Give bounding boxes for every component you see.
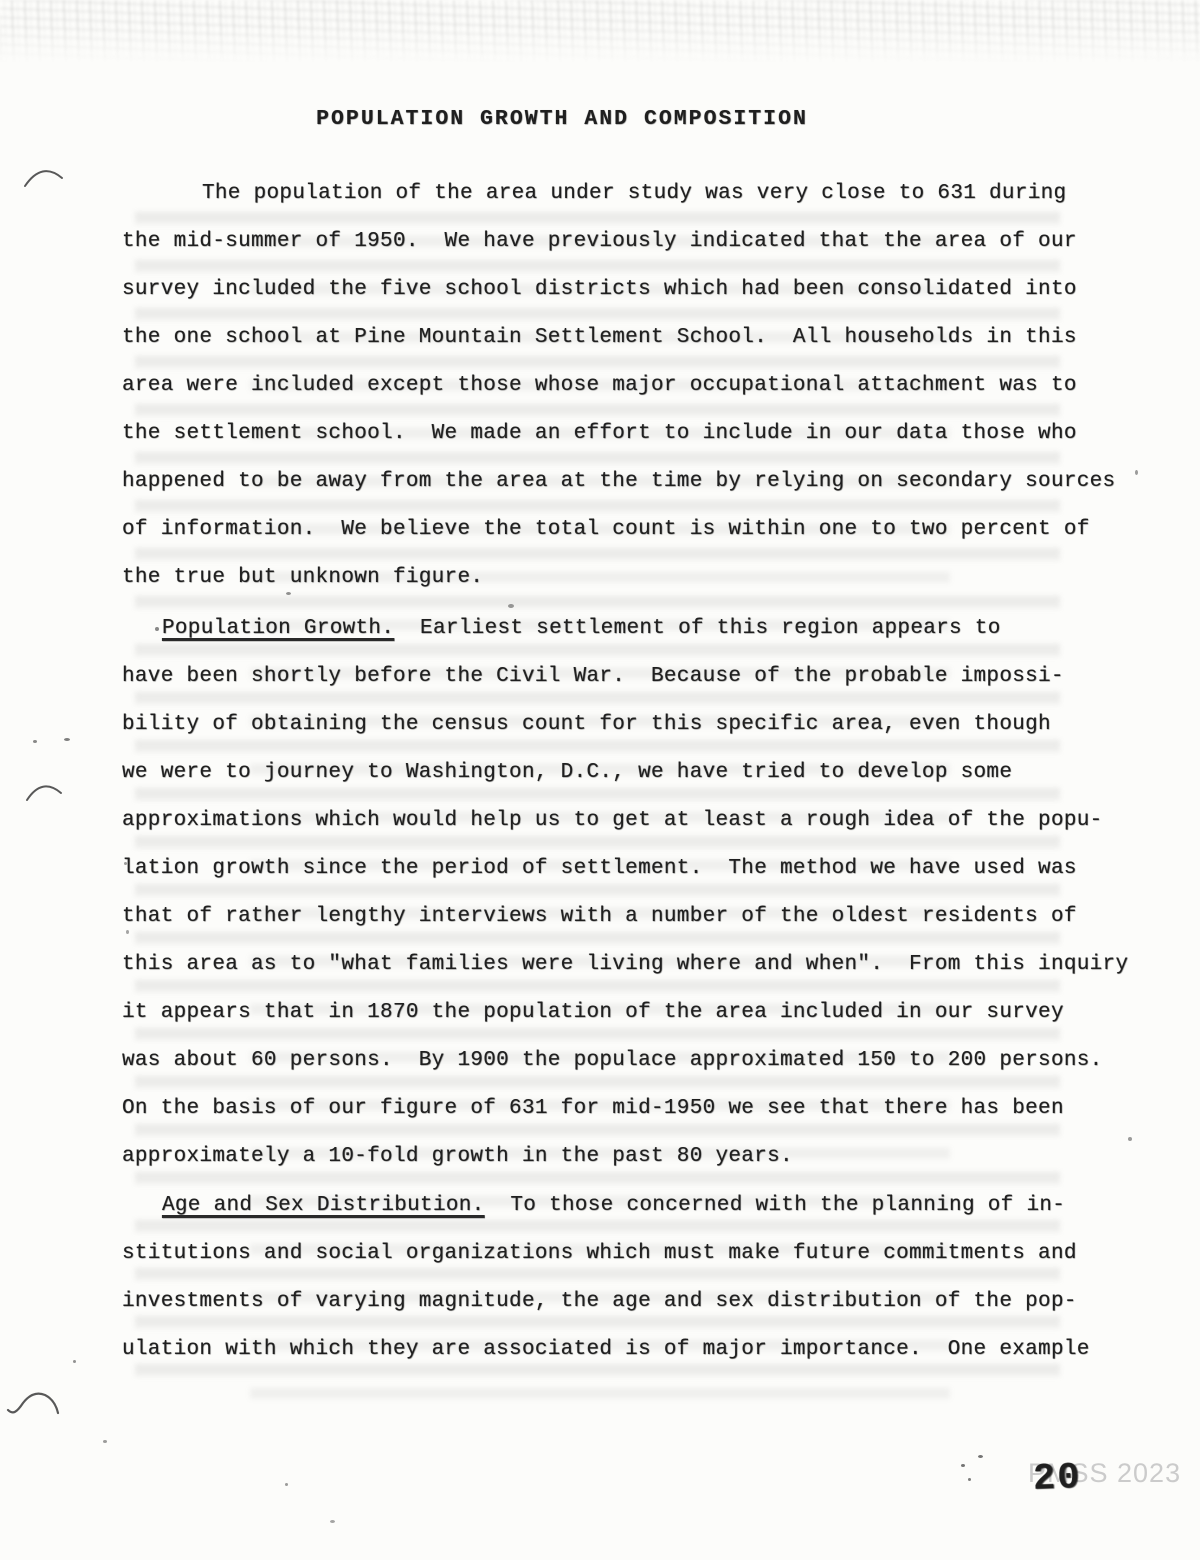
paragraph-age-sex-distribution: Age and Sex Distribution. To those conce… bbox=[122, 1182, 1102, 1374]
scan-speck bbox=[968, 1478, 971, 1481]
section-heading-age-sex-distribution: Age and Sex Distribution. bbox=[162, 1194, 485, 1217]
scan-speck bbox=[103, 1440, 107, 1443]
section-heading-population-growth: Population Growth. bbox=[162, 617, 394, 640]
scan-noise-band bbox=[0, 0, 1200, 64]
pencil-arc-mark bbox=[6, 1388, 64, 1422]
text-line: bility of obtaining the census count for… bbox=[122, 701, 1102, 749]
text-line: approximately a 10-fold growth in the pa… bbox=[122, 1133, 1102, 1181]
text-line: The population of the area under study w… bbox=[122, 170, 1102, 218]
text-line: this area as to "what families were livi… bbox=[122, 941, 1102, 989]
scan-speck bbox=[978, 1455, 983, 1458]
text-line: the one school at Pine Mountain Settleme… bbox=[122, 314, 1102, 362]
text-line: area were included except those whose ma… bbox=[122, 362, 1102, 410]
text-line: investments of varying magnitude, the ag… bbox=[122, 1278, 1102, 1326]
heading-line-rest: Earliest settlement of this region appea… bbox=[394, 617, 1000, 640]
page-title: POPULATION GROWTH AND COMPOSITION bbox=[122, 95, 1002, 143]
heading-line-rest: To those concerned with the planning of … bbox=[485, 1194, 1066, 1217]
text-line: the mid-summer of 1950. We have previous… bbox=[122, 218, 1102, 266]
text-line: Age and Sex Distribution. To those conce… bbox=[122, 1182, 1102, 1230]
scan-speck bbox=[330, 1520, 335, 1523]
text-line: survey included the five school district… bbox=[122, 266, 1102, 314]
text-line: happened to be away from the area at the… bbox=[122, 458, 1102, 506]
text-line: was about 60 persons. By 1900 the popula… bbox=[122, 1037, 1102, 1085]
text-line: we were to journey to Washington, D.C., … bbox=[122, 749, 1102, 797]
scan-speck bbox=[64, 738, 70, 741]
scan-speck bbox=[1135, 470, 1138, 475]
paragraph-population-intro: The population of the area under study w… bbox=[122, 170, 1102, 602]
text-line: On the basis of our figure of 631 for mi… bbox=[122, 1085, 1102, 1133]
text-line: that of rather lengthy interviews with a… bbox=[122, 893, 1102, 941]
text-line: Population Growth. Earliest settlement o… bbox=[122, 605, 1102, 653]
text-line: the true but unknown figure. bbox=[122, 554, 1102, 602]
scan-speck bbox=[73, 1360, 76, 1363]
paragraph-population-growth: Population Growth. Earliest settlement o… bbox=[122, 605, 1102, 1181]
text-line: of information. We believe the total cou… bbox=[122, 506, 1102, 554]
text-line: the settlement school. We made an effort… bbox=[122, 410, 1102, 458]
pencil-arc-mark bbox=[24, 779, 66, 805]
text-line: it appears that in 1870 the population o… bbox=[122, 989, 1102, 1037]
text-line: have been shortly before the Civil War. … bbox=[122, 653, 1102, 701]
text-line: approximations which would help us to ge… bbox=[122, 797, 1102, 845]
scan-speck bbox=[285, 1483, 288, 1486]
page-number: 20 bbox=[1032, 1457, 1082, 1501]
document-page: POPULATION GROWTH AND COMPOSITION The po… bbox=[0, 0, 1200, 1560]
text-line: ulation with which they are associated i… bbox=[122, 1326, 1102, 1374]
text-line: lation growth since the period of settle… bbox=[122, 845, 1102, 893]
text-line: stitutions and social organizations whic… bbox=[122, 1230, 1102, 1278]
pencil-arc-mark bbox=[22, 163, 68, 191]
scan-speck bbox=[961, 1464, 965, 1467]
scan-speck bbox=[1128, 1137, 1132, 1141]
scan-speck bbox=[33, 740, 37, 743]
